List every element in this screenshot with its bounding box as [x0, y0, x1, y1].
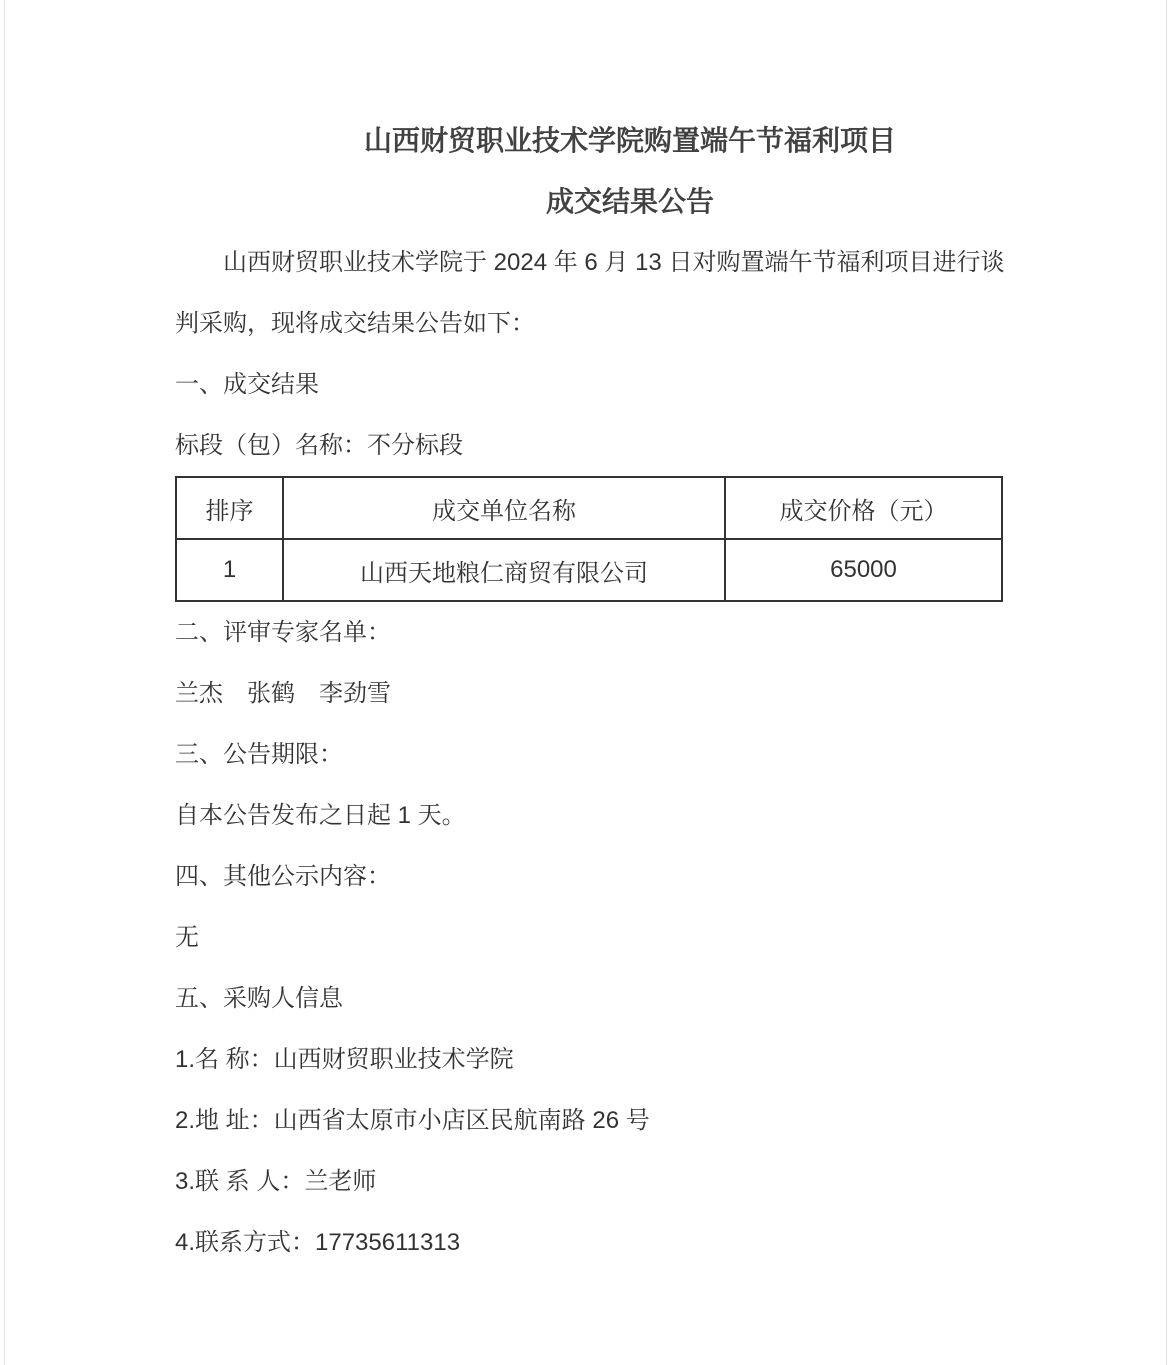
document-body: 山西财贸职业技术学院购置端午节福利项目 成交结果公告 山西财贸职业技术学院于 2… [175, 110, 995, 1273]
buyer-address-line: 2.地 址：山西省太原市小店区民航南路 26 号 [175, 1090, 995, 1151]
lot-name-line: 标段（包）名称：不分标段 [175, 415, 995, 476]
table-row: 1 山西天地粮仁商贸有限公司 65000 [176, 539, 1002, 601]
document-title-line2: 成交结果公告 [220, 171, 1040, 232]
announcement-period: 自本公告发布之日起 1 天。 [175, 785, 995, 846]
buyer-name-line: 1.名 称：山西财贸职业技术学院 [175, 1029, 995, 1090]
header-cell-rank: 排序 [176, 477, 283, 539]
intro-paragraph-line2: 判采购，现将成交结果公告如下： [175, 293, 995, 354]
section5-heading: 五、采购人信息 [175, 968, 995, 1029]
expert-name-list: 兰杰 张鹤 李劲雪 [175, 663, 995, 724]
other-content: 无 [175, 907, 995, 968]
header-cell-supplier: 成交单位名称 [283, 477, 725, 539]
section3-heading: 三、公告期限： [175, 724, 995, 785]
section4-heading: 四、其他公示内容： [175, 846, 995, 907]
cell-price: 65000 [725, 539, 1002, 601]
page-left-edge [4, 0, 5, 1365]
buyer-phone-line: 4.联系方式：17735611313 [175, 1212, 995, 1273]
intro-paragraph-line1: 山西财贸职业技术学院于 2024 年 6 月 13 日对购置端午节福利项目进行谈 [175, 232, 995, 293]
section5-heading-text: 、采购人信息 [199, 985, 343, 1012]
section2-heading: 二、评审专家名单： [175, 602, 995, 663]
section5-number: 五 [175, 986, 199, 1012]
result-table-header-row: 排序 成交单位名称 成交价格（元） [176, 477, 1002, 539]
buyer-contact-line: 3.联 系 人：兰老师 [175, 1151, 995, 1212]
result-table: 排序 成交单位名称 成交价格（元） 1 山西天地粮仁商贸有限公司 65000 [175, 476, 1003, 602]
cell-rank: 1 [176, 539, 283, 601]
page-right-edge [1166, 0, 1167, 1365]
section1-heading: 一、成交结果 [175, 354, 995, 415]
document-title-line1: 山西财贸职业技术学院购置端午节福利项目 [220, 110, 1040, 171]
header-cell-price: 成交价格（元） [725, 477, 1002, 539]
cell-supplier: 山西天地粮仁商贸有限公司 [283, 539, 725, 601]
